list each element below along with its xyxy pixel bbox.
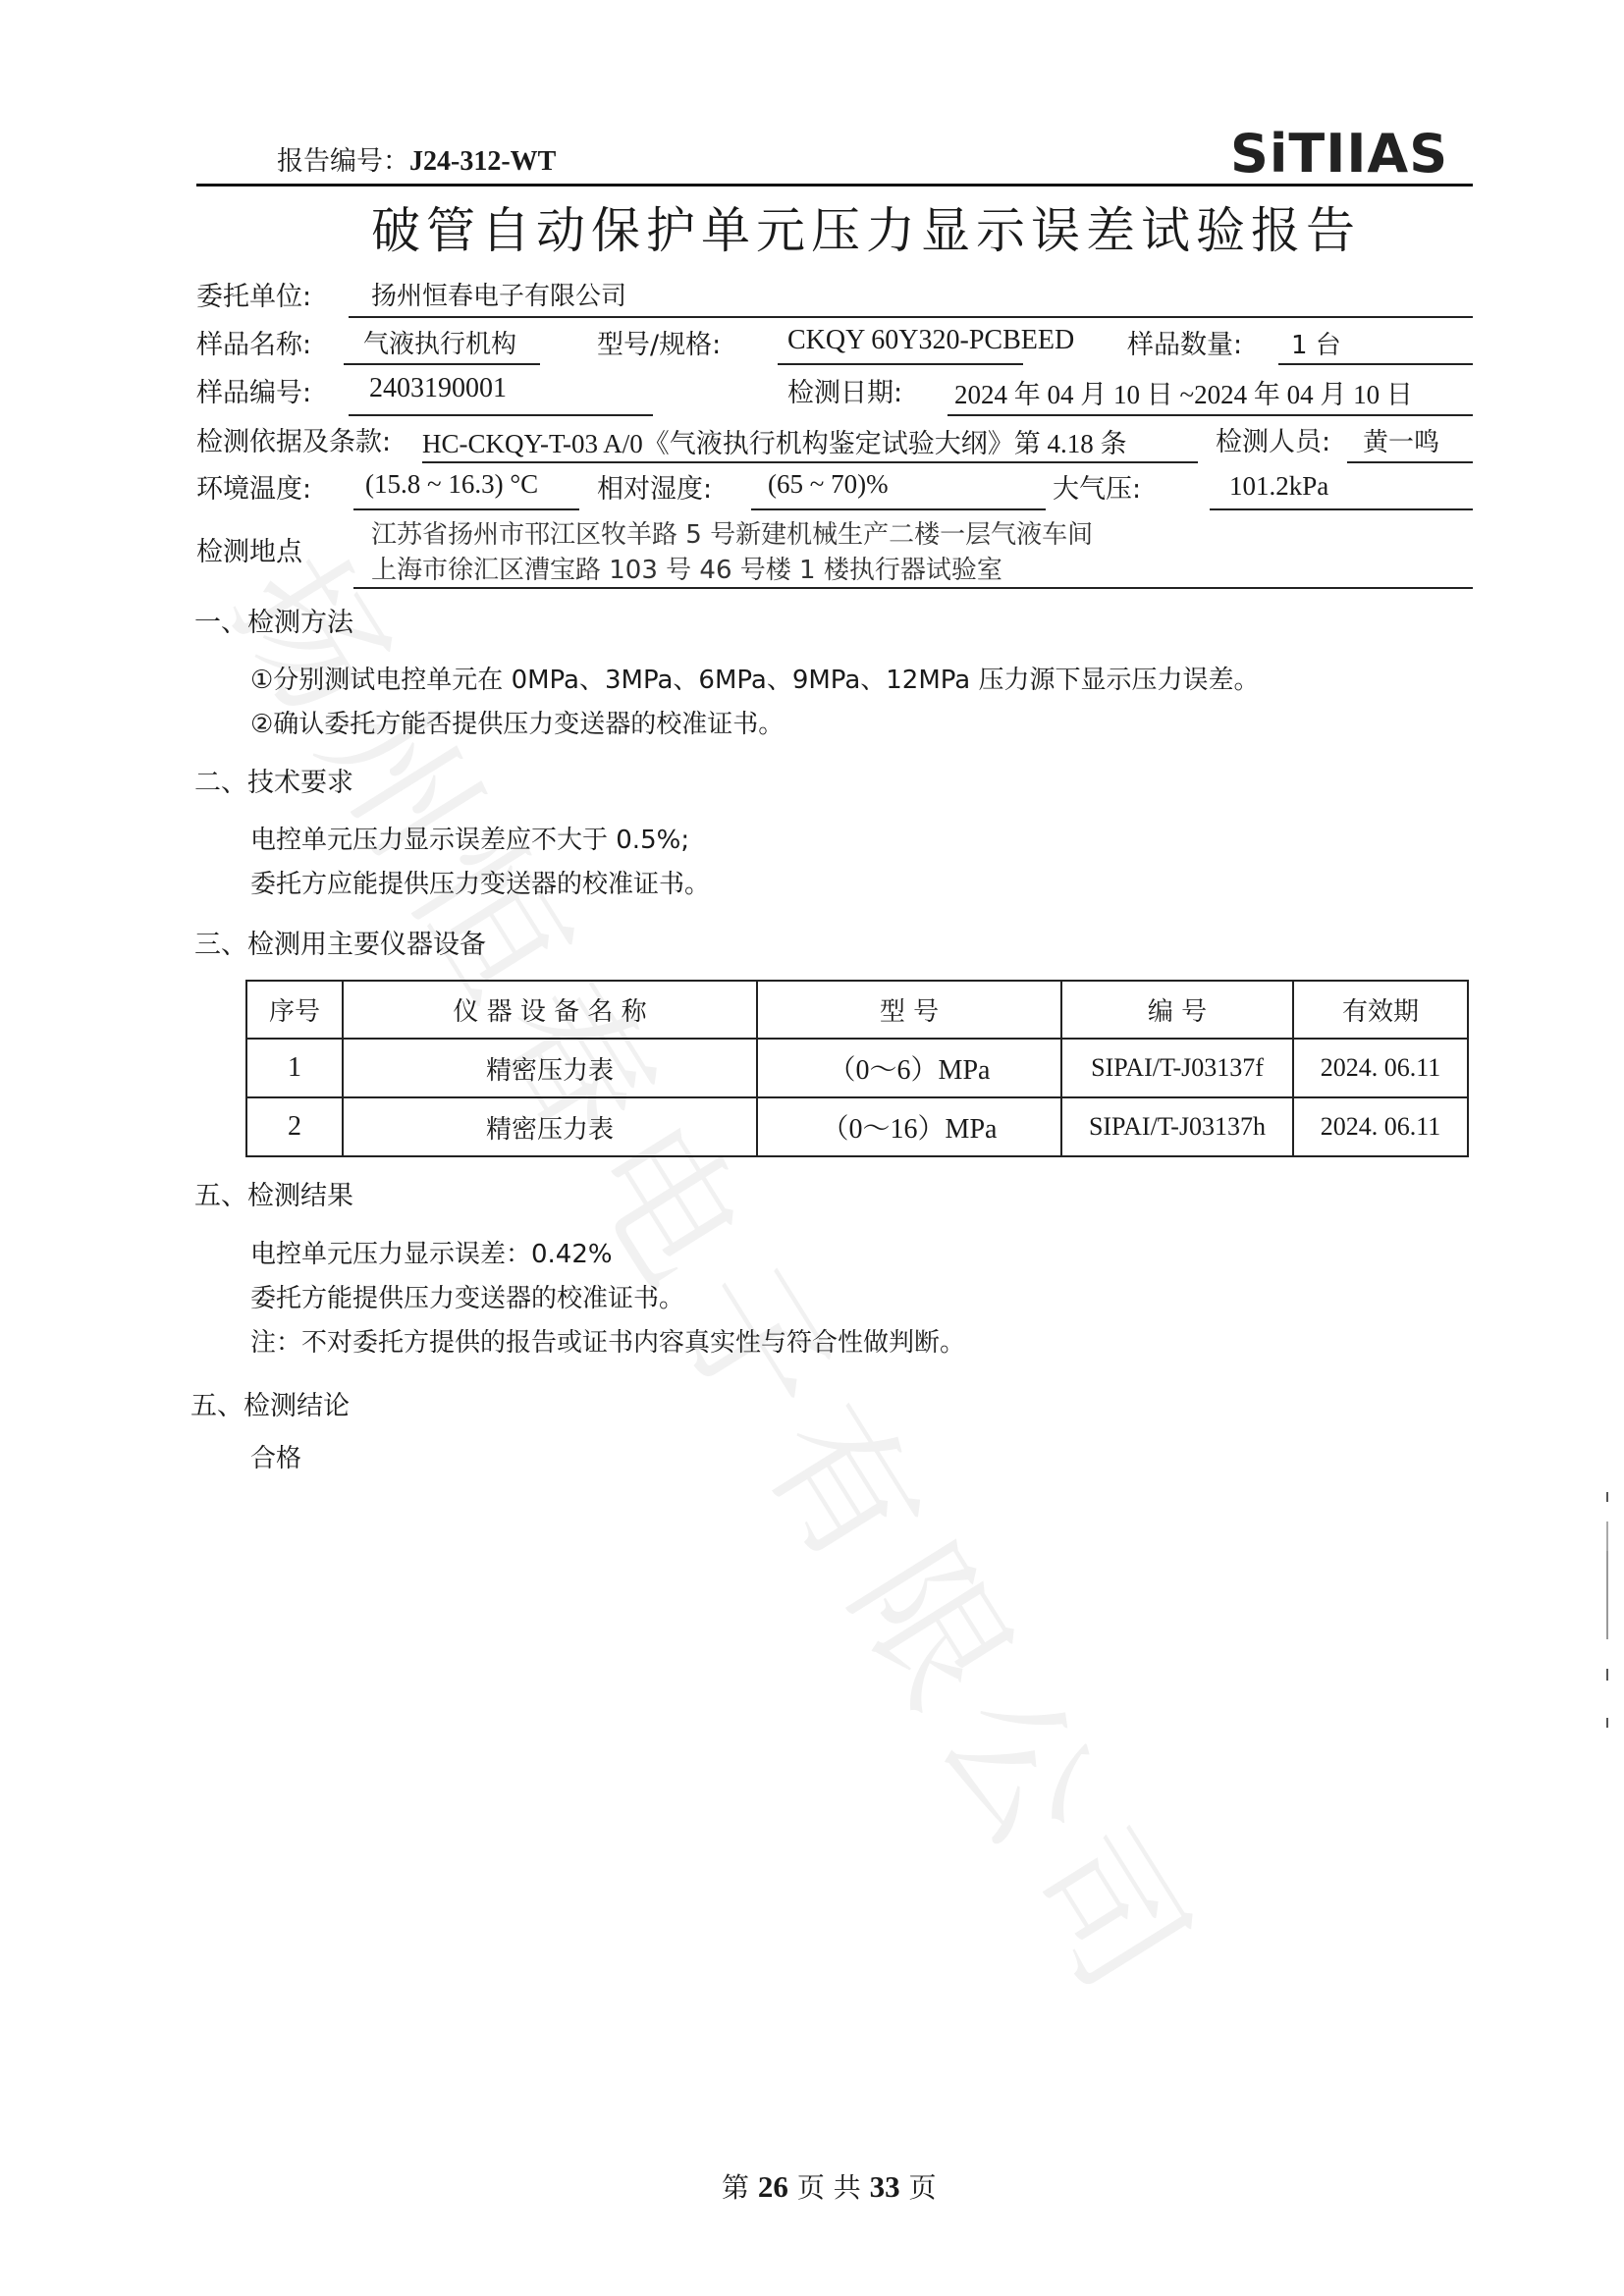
humidity-underline bbox=[751, 508, 1046, 510]
client-underline bbox=[349, 316, 1473, 318]
basis-value: HC-CKQY-T-03 A/0《气液执行机构鉴定试验大纲》第 4.18 条 bbox=[422, 422, 1127, 460]
cell-instrument-name: 精密压力表 bbox=[343, 1097, 757, 1156]
tester-label: 检测人员: bbox=[1216, 420, 1330, 458]
humidity-label: 相对湿度: bbox=[597, 467, 712, 506]
sitiias-logo: SiTIIAS bbox=[1230, 123, 1448, 185]
report-number-value: J24-312-WT bbox=[409, 146, 556, 177]
report-number: 报告编号：J24-312-WT bbox=[277, 139, 556, 178]
test-date-label: 检测日期: bbox=[787, 371, 902, 409]
client-value: 扬州恒春电子有限公司 bbox=[371, 276, 626, 312]
scan-artifact bbox=[1606, 1718, 1608, 1728]
quantity-underline bbox=[1278, 363, 1473, 365]
method-item-2: ②确认委托方能否提供压力变送器的校准证书。 bbox=[250, 704, 784, 740]
cell-model: （0～6）MPa bbox=[757, 1039, 1061, 1097]
sample-name-label: 样品名称: bbox=[196, 323, 311, 361]
section-requirements-heading: 二、技术要求 bbox=[194, 761, 353, 799]
scan-artifact bbox=[1606, 1522, 1608, 1551]
sample-no-value: 2403190001 bbox=[369, 373, 507, 404]
requirement-item-1: 电控单元压力显示误差应不大于 0.5%; bbox=[250, 820, 689, 856]
page-number: 26 bbox=[758, 2169, 788, 2204]
model-label: 型号/规格: bbox=[597, 323, 721, 361]
sample-no-label: 样品编号: bbox=[196, 371, 311, 409]
temperature-value: (15.8 ~ 16.3) °C bbox=[365, 469, 538, 500]
section-conclusion-heading: 五、检测结论 bbox=[190, 1384, 350, 1422]
pressure-value: 101.2kPa bbox=[1229, 471, 1328, 502]
report-number-label: 报告编号： bbox=[277, 146, 409, 177]
page-title: 破管自动保护单元压力显示误差试验报告 bbox=[371, 191, 1361, 262]
header-divider bbox=[196, 184, 1473, 187]
conclusion-value: 合格 bbox=[250, 1438, 301, 1474]
basis-label: 检测依据及条款: bbox=[196, 420, 391, 458]
section-results-heading: 五、检测结果 bbox=[194, 1174, 353, 1212]
requirement-item-2: 委托方应能提供压力变送器的校准证书。 bbox=[250, 864, 710, 900]
sample-no-underline bbox=[349, 414, 653, 416]
col-instrument-name: 仪 器 设 备 名 称 bbox=[343, 981, 757, 1039]
cell-serial: SIPAI/T-J03137h bbox=[1061, 1097, 1293, 1156]
humidity-value: (65 ~ 70)% bbox=[768, 469, 889, 500]
cell-validity: 2024. 06.11 bbox=[1293, 1039, 1468, 1097]
cell-serial: SIPAI/T-J03137f bbox=[1061, 1039, 1293, 1097]
sample-name-value: 气液执行机构 bbox=[363, 324, 516, 360]
page-suffix: 页 bbox=[909, 2171, 937, 2204]
basis-underline bbox=[422, 461, 1198, 463]
table-row: 2 精密压力表 （0～16）MPa SIPAI/T-J03137h 2024. … bbox=[246, 1097, 1468, 1156]
model-underline bbox=[778, 363, 1023, 365]
page-prefix: 第 bbox=[722, 2171, 749, 2204]
location-line-1: 江苏省扬州市邗江区牧羊路 5 号新建机械生产二楼一层气液车间 bbox=[371, 514, 1093, 551]
page-total: 33 bbox=[870, 2169, 900, 2204]
section-method-heading: 一、检测方法 bbox=[194, 601, 353, 639]
col-model: 型 号 bbox=[757, 981, 1061, 1039]
cell-index: 1 bbox=[246, 1039, 343, 1097]
scan-artifact bbox=[1606, 1551, 1608, 1639]
pressure-label: 大气压: bbox=[1053, 467, 1141, 506]
page-footer: 第 26 页 共 33 页 bbox=[722, 2166, 937, 2206]
temperature-label: 环境温度: bbox=[196, 467, 311, 506]
sample-name-underline bbox=[344, 363, 540, 365]
page-mid: 页 共 bbox=[797, 2171, 861, 2204]
cell-validity: 2024. 06.11 bbox=[1293, 1097, 1468, 1156]
cell-instrument-name: 精密压力表 bbox=[343, 1039, 757, 1097]
equipment-table: 序号 仪 器 设 备 名 称 型 号 编 号 有效期 1 精密压力表 （0～6）… bbox=[245, 980, 1469, 1157]
tester-value: 黄一鸣 bbox=[1363, 422, 1439, 458]
table-row: 1 精密压力表 （0～6）MPa SIPAI/T-J03137f 2024. 0… bbox=[246, 1039, 1468, 1097]
cell-index: 2 bbox=[246, 1097, 343, 1156]
scan-artifact bbox=[1606, 1669, 1608, 1681]
model-value: CKQY 60Y320-PCBEED bbox=[787, 325, 1074, 356]
method-item-1: ①分别测试电控单元在 0MPa、3MPa、6MPa、9MPa、12MPa 压力源… bbox=[250, 660, 1259, 696]
result-item-2: 委托方能提供压力变送器的校准证书。 bbox=[250, 1278, 684, 1314]
result-item-1: 电控单元压力显示误差：0.42% bbox=[250, 1234, 613, 1270]
pressure-underline bbox=[1210, 508, 1473, 510]
test-date-underline bbox=[947, 414, 1473, 416]
table-header-row: 序号 仪 器 设 备 名 称 型 号 编 号 有效期 bbox=[246, 981, 1468, 1039]
col-validity: 有效期 bbox=[1293, 981, 1468, 1039]
location-underline bbox=[353, 587, 1473, 589]
location-label: 检测地点 bbox=[196, 530, 302, 568]
col-serial: 编 号 bbox=[1061, 981, 1293, 1039]
quantity-value: 1 台 bbox=[1291, 325, 1341, 361]
result-note: 注：不对委托方提供的报告或证书内容真实性与符合性做判断。 bbox=[250, 1322, 965, 1359]
quantity-label: 样品数量: bbox=[1127, 323, 1242, 361]
test-date-value: 2024 年 04 月 10 日 ~2024 年 04 月 10 日 bbox=[954, 373, 1413, 411]
tester-underline bbox=[1347, 461, 1473, 463]
scan-artifact bbox=[1606, 1492, 1608, 1502]
cell-model: （0～16）MPa bbox=[757, 1097, 1061, 1156]
temperature-underline bbox=[353, 508, 579, 510]
location-line-2: 上海市徐汇区漕宝路 103 号 46 号楼 1 楼执行器试验室 bbox=[371, 550, 1002, 586]
col-index: 序号 bbox=[246, 981, 343, 1039]
client-label: 委托单位: bbox=[196, 275, 311, 313]
section-equipment-heading: 三、检测用主要仪器设备 bbox=[194, 923, 486, 961]
